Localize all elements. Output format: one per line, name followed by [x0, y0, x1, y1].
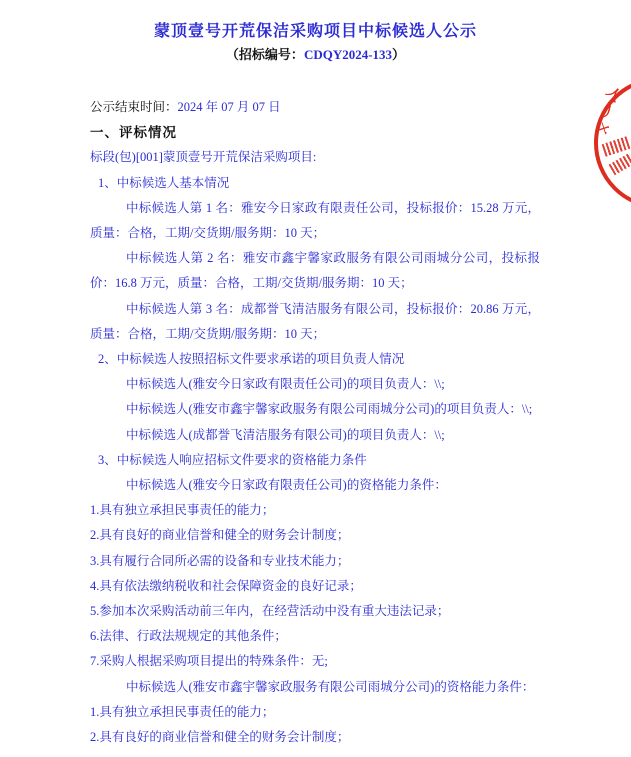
publicity-end-line: 公示结束时间：2024 年 07 月 07 日 [90, 95, 540, 120]
candidate-1-info: 中标候选人第 1 名：雅安今日家政有限责任公司，投标报价：15.28 万元，质量… [90, 196, 540, 246]
section-heading-evaluation: 一、评标情况 [90, 120, 540, 145]
qualification-intro-2: 中标候选人(雅安市鑫宇馨家政服务有限公司雨城分公司)的资格能力条件： [90, 675, 540, 700]
condition-1-6: 6.法律、行政法规规定的其他条件； [90, 624, 540, 649]
project-manager-3: 中标候选人(成都誉飞清洁服务有限公司)的项目负责人：\\; [90, 423, 540, 448]
qualification-intro-1: 中标候选人(雅安今日家政有限责任公司)的资格能力条件： [90, 473, 540, 498]
lot-line: 标段(包)[001]蒙顶壹号开荒保洁采购项目: [90, 145, 540, 170]
item-3-heading: 3、中标候选人响应招标文件要求的资格能力条件 [90, 448, 540, 473]
item-2-heading: 2、中标候选人按照招标文件要求承诺的项目负责人情况 [90, 347, 540, 372]
candidate-3-info: 中标候选人第 3 名：成都誉飞清洁服务有限公司，投标报价：20.86 万元，质量… [90, 297, 540, 347]
candidate-2-info: 中标候选人第 2 名：雅安市鑫宇馨家政服务有限公司雨城分公司，投标报价：16.8… [90, 246, 540, 296]
condition-1-5: 5.参加本次采购活动前三年内，在经营活动中没有重大违法记录； [90, 599, 540, 624]
tender-number-suffix: ） [392, 47, 405, 62]
condition-1-7: 7.采购人根据采购项目提出的特殊条件：无; [90, 649, 540, 674]
tender-number: CDQY2024-133 [304, 47, 392, 62]
document-body: 公示结束时间：2024 年 07 月 07 日 一、评标情况 标段(包)[001… [90, 95, 540, 750]
condition-1-1: 1.具有独立承担民事责任的能力； [90, 498, 540, 523]
condition-1-2: 2.具有良好的商业信誉和健全的财务会计制度； [90, 523, 540, 548]
condition-2-2: 2.具有良好的商业信誉和健全的财务会计制度； [90, 725, 540, 750]
item-1-heading: 1、中标候选人基本情况 [90, 171, 540, 196]
page-title: 蒙顶壹号开荒保洁采购项目中标候选人公示 [0, 18, 631, 41]
publicity-end-date: 2024 年 07 月 07 日 [178, 100, 281, 114]
project-manager-2: 中标候选人(雅安市鑫宇馨家政服务有限公司雨城分公司)的项目负责人：\\; [90, 397, 540, 422]
tender-number-line: （招标编号：CDQY2024-133） [0, 44, 631, 63]
condition-2-1: 1.具有独立承担民事责任的能力； [90, 700, 540, 725]
publicity-end-label: 公示结束时间： [90, 100, 178, 114]
announcement-page: 蒙顶壹号开荒保洁采购项目中标候选人公示 （招标编号：CDQY2024-133） … [0, 0, 631, 757]
condition-1-3: 3.具有履行合同所必需的设备和专业技术能力； [90, 549, 540, 574]
tender-number-prefix: （招标编号： [226, 47, 304, 62]
project-manager-1: 中标候选人(雅安今日家政有限责任公司)的项目负责人：\\; [90, 372, 540, 397]
condition-1-4: 4.具有依法缴纳税收和社会保障资金的良好记录； [90, 574, 540, 599]
